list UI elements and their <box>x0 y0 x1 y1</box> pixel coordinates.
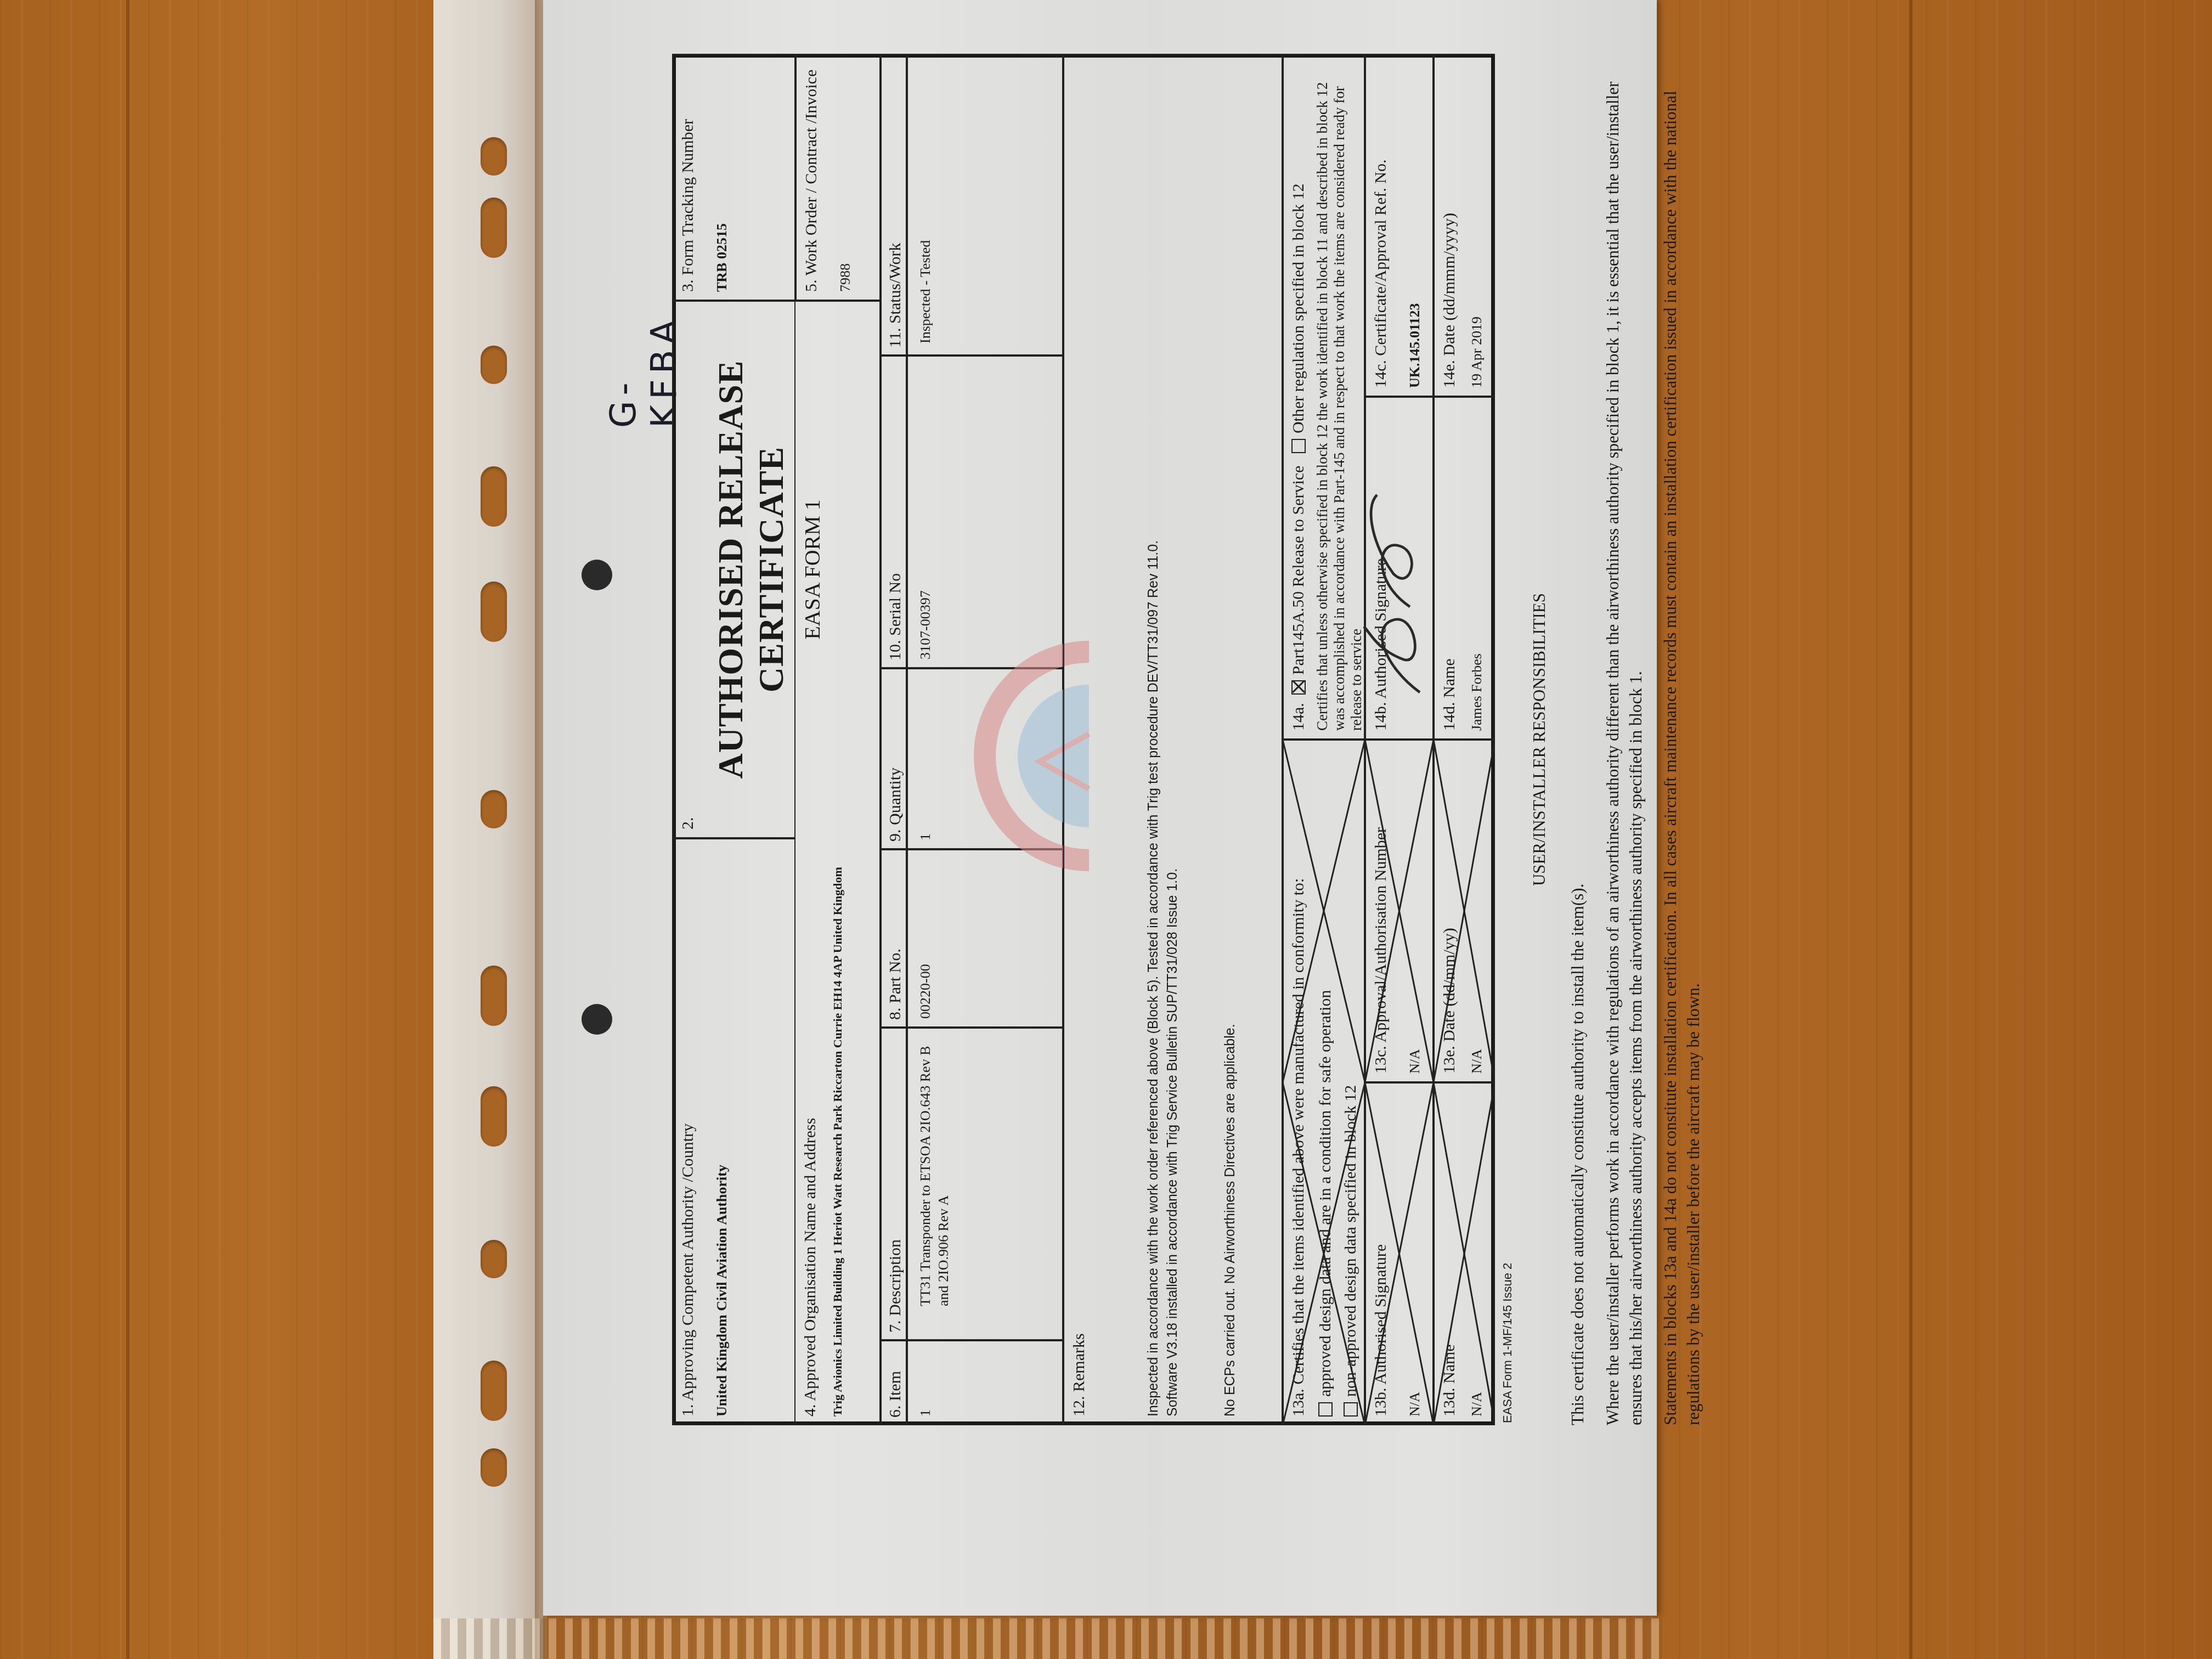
remarks-line-1: Inspected in accordance with the work or… <box>1144 63 1163 1417</box>
option-other-regulation[interactable]: Other regulation specified in block 12 <box>1289 183 1307 453</box>
header-description: 7. Description <box>881 1028 907 1340</box>
non-approved-design-checkbox[interactable] <box>1344 1402 1358 1417</box>
part145-release-checkbox[interactable] <box>1291 680 1306 695</box>
form-reference: EASA Form 1-MF/145 Issue 2 <box>1500 1263 1515 1423</box>
option-non-approved-design[interactable]: non-approved design data specified in bl… <box>1341 748 1361 1417</box>
other-regulation-checkbox[interactable] <box>1291 439 1306 453</box>
header-item: 6. Item <box>881 1340 907 1425</box>
block-3-tracking-number: 3. Form Tracking Number TRB 02515 <box>672 54 795 301</box>
block-14d-name: 14d. Name James Forbes <box>1434 397 1495 740</box>
certificate-title: AUTHORISED RELEASE CERTIFICATE <box>710 301 792 838</box>
block-13d-name: 13d. Name N/A <box>1434 1082 1495 1425</box>
paper-punch-hole <box>582 560 612 590</box>
option-part145-release[interactable]: Part145A.50 Release to Service <box>1289 466 1307 695</box>
block-14e-date: 14e. Date (dd/mmm/yyyy) 19 Apr 2019 <box>1434 54 1495 397</box>
cell-part-no: 00220-00 <box>907 849 1063 1028</box>
block-13e-date: 13e. Date (dd/mm/yy) N/A <box>1434 740 1495 1082</box>
easa-form-1: 1. Approving Competent Authority /Countr… <box>672 54 1495 1425</box>
header-serial-no: 10. Serial No <box>881 356 907 668</box>
block-13a-conformity: 13a. Certifies that the items identified… <box>1283 740 1365 1425</box>
user-installer-responsibilities: USER/INSTALLER RESPONSIBILITIES This cer… <box>1528 54 1717 1425</box>
block-14b-signature: 14b. Authorised Signature <box>1365 397 1434 740</box>
cell-serial-no: 3107-00397 <box>907 356 1063 668</box>
header-part-no: 8. Part No. <box>881 849 907 1028</box>
responsibilities-paragraph-3: Statements in blocks 13a and 14a do not … <box>1659 54 1705 1425</box>
handwritten-registration: G-KFBA <box>603 285 647 428</box>
paper-punch-hole <box>582 1004 612 1035</box>
wood-seam <box>1909 0 1912 1659</box>
approved-design-checkbox[interactable] <box>1318 1402 1333 1417</box>
responsibilities-title: USER/INSTALLER RESPONSIBILITIES <box>1528 54 1551 1425</box>
block-13b-signature: 13b. Authorised Signature N/A <box>1365 1082 1434 1425</box>
cell-item: 1 <box>907 1340 1063 1425</box>
responsibilities-paragraph-2: Where the user/installer performs work i… <box>1601 54 1647 1425</box>
block-1-competent-authority: 1. Approving Competent Authority /Countr… <box>672 838 795 1425</box>
remarks-line-2: Software V3.18 installed in accordance w… <box>1163 63 1182 1417</box>
handwritten-signature <box>1344 442 1443 706</box>
header-status-work: 11. Status/Work <box>881 54 907 356</box>
responsibilities-paragraph-1: This certificate does not automatically … <box>1566 54 1589 1425</box>
wood-seam <box>126 0 129 1659</box>
cell-status-work: Inspected - Tested <box>907 54 1063 356</box>
cell-description: TT31 Transponder to ETSOA 2IO.643 Rev B … <box>907 1028 1063 1340</box>
remarks-line-3: No ECPs carried out. No Airworthiness Di… <box>1221 63 1240 1417</box>
block-13c-approval-number: 13c. Approval/Authorisation Number N/A <box>1365 740 1434 1082</box>
block-5-work-order: 5. Work Order / Contract /Invoice 7988 <box>795 54 881 301</box>
plastic-sleeve-bottom <box>433 1618 1662 1659</box>
option-approved-design[interactable]: approved design data and are in a condit… <box>1316 748 1335 1417</box>
header-quantity: 9. Quantity <box>881 668 907 849</box>
block-14c-approval-ref: 14c. Certificate/Approval Ref. No. UK.14… <box>1365 54 1434 397</box>
block-4-organisation: 4. Approved Organisation Name and Addres… <box>795 301 881 1425</box>
block-12-remarks: 12. Remarks Inspected in accordance with… <box>1063 54 1283 1425</box>
